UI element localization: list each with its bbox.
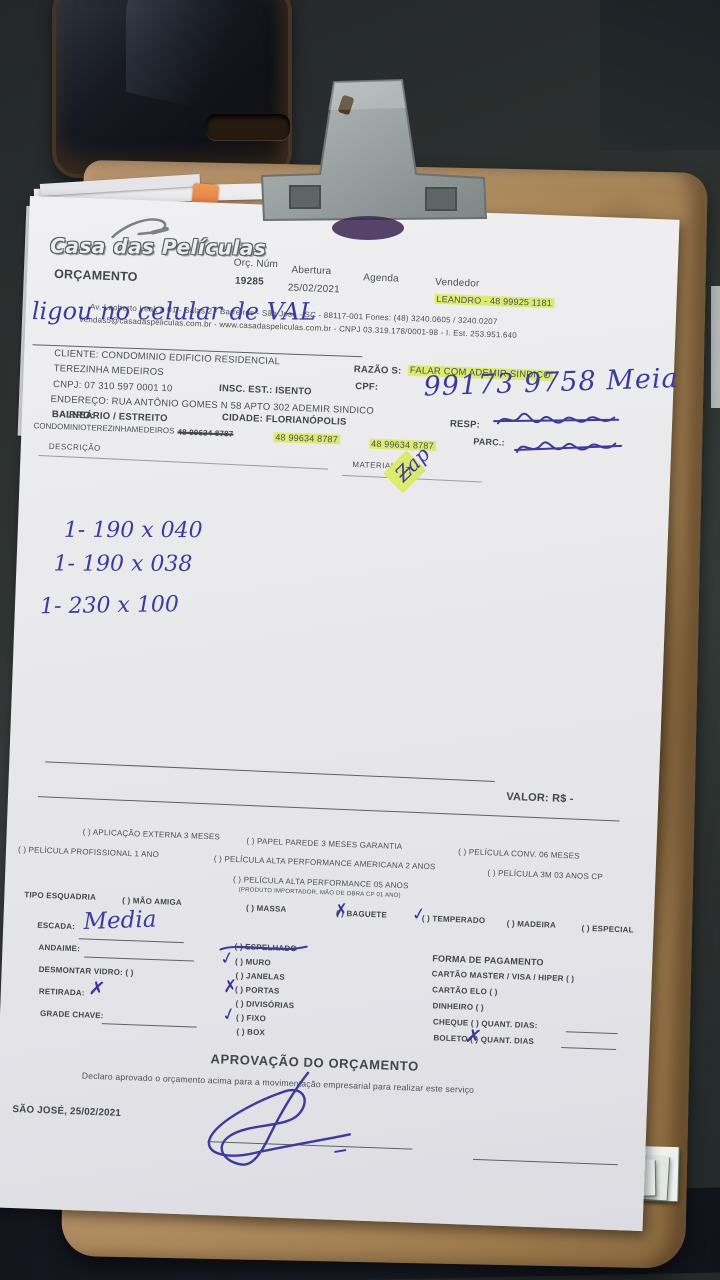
payment-title: FORMA DE PAGAMENTO <box>432 953 544 967</box>
midcol-option: ( ) DIVISÓRIAS <box>235 999 294 1010</box>
esquadria-option: ( ) TEMPERADO <box>422 914 486 925</box>
esquadria-option: ( ) MÃO AMIGA <box>122 896 182 907</box>
warranty-option: ( ) PELÍCULA CONV. 06 MESES <box>458 847 580 860</box>
esquadria-option: ( ) MADEIRA <box>506 919 556 930</box>
vendedor-value: LEANDRO - 48 99925 1181 <box>434 294 554 308</box>
descricao-label: DESCRIÇÃO <box>49 442 101 453</box>
phone-struck: 48 99634 8787 <box>177 428 233 439</box>
razao-label: RAZÃO S: <box>354 364 402 377</box>
baguete-mark: ✗ <box>333 900 349 921</box>
boleto-dias-line <box>561 1047 616 1050</box>
payment-option: CHEQUE ( ) QUANT. DIAS: <box>433 1017 538 1030</box>
wall-shadow <box>600 0 720 150</box>
desmontar-label: DESMONTAR VIDRO: ( ) <box>39 965 134 977</box>
payment-option: CARTÃO MASTER / VISA / HIPER ( ) <box>432 969 575 983</box>
tipo-esquadria-label: TIPO ESQUADRIA <box>24 890 96 902</box>
payment-option: DINHEIRO ( ) <box>432 1001 484 1012</box>
midcol-option: ( ) JANELAS <box>235 971 285 982</box>
valor-label: VALOR: R$ - <box>506 791 574 805</box>
abertura-date: 25/02/2021 <box>288 283 340 296</box>
wall-light-strip <box>711 286 720 408</box>
company-logo: Casa das Películas <box>50 234 266 260</box>
cliente-line2: TEREZINHA MEDEIROS <box>53 363 164 378</box>
esquadria-option: ( ) MASSA <box>246 903 287 913</box>
agenda-label: Agenda <box>363 272 399 284</box>
orc-num-label: Orç. Núm <box>233 258 278 271</box>
scribble-crossed-out <box>511 428 627 466</box>
escada-handwritten: Media <box>83 907 157 935</box>
payment-option: CARTÃO ELO ( ) <box>432 985 498 996</box>
measure-1: 1- 190 x 040 <box>64 518 203 543</box>
cpf-label: CPF: <box>355 381 378 393</box>
temperado-mark: ✓ <box>411 904 428 926</box>
second-signature-line <box>473 1159 618 1165</box>
andaime-line <box>84 956 194 961</box>
payment-option: BOLETO ( ) QUANT. DIAS <box>433 1033 534 1046</box>
handwritten-zap: Zap → <box>383 450 426 493</box>
form-title: ORÇAMENTO <box>54 267 138 284</box>
descricao-line <box>38 455 328 470</box>
andaime-label: ANDAIME: <box>38 943 80 954</box>
retirada-mark: ✗ <box>88 977 107 1001</box>
total-line-top <box>45 761 495 782</box>
escada-line <box>79 938 184 943</box>
midcol-option: ( ) FIXO <box>236 1013 266 1023</box>
midcol-option: ( ) PORTAS <box>235 985 280 996</box>
city-date: SÃO JOSÉ, 25/02/2021 <box>12 1104 121 1119</box>
phone-highlight-1: 48 99634 8787 <box>273 432 340 444</box>
insc-line: INSC. EST.: ISENTO <box>219 383 312 397</box>
parc-label: PARC.: <box>473 436 505 447</box>
cnpj-line: CNPJ: 07 310 597 0001 10 <box>53 379 173 394</box>
phone-screen-glare <box>126 0 276 110</box>
measure-2: 1- 190 x 038 <box>54 552 193 577</box>
esquadria-option: ( ) ESPECIAL <box>581 924 633 935</box>
retirada-label: RETIRADA: <box>39 987 85 998</box>
midcol-option: ( ) BOX <box>236 1027 265 1037</box>
boleto-mark: ✗ <box>464 1025 484 1049</box>
warranty-option: ( ) PELÍCULA PROFISSIONAL 1 ANO <box>18 845 159 859</box>
escada-label: ESCADA: <box>37 921 75 931</box>
vendedor-label: Vendedor <box>435 277 480 290</box>
warranty-option: ( ) PAPEL PAREDE 3 MESES GARANTIA <box>246 836 402 851</box>
handwritten-note: ligou no celular de VAL <box>32 297 316 325</box>
clipboard-clip <box>256 78 492 246</box>
warranty-option: ( ) PELÍCULA ALTA PERFORMANCE AMERICANA … <box>214 854 436 871</box>
signature <box>184 1062 388 1179</box>
grade-chave-label: GRADE CHAVE: <box>40 1009 104 1020</box>
orcamento-form: Casa das Películas ORÇAMENTO Orç. Núm 19… <box>0 196 680 1231</box>
orc-num-value: 19285 <box>235 276 264 288</box>
cheque-dias-line <box>566 1031 618 1034</box>
portas-mark: ✗ <box>222 976 238 997</box>
measure-3: 1- 230 x 100 <box>40 592 179 619</box>
warranty-option: ( ) APLICAÇÃO EXTERNA 3 MESES <box>83 827 221 841</box>
resp-label: RESP: <box>450 419 480 431</box>
warranty-option: ( ) PELÍCULA 3M 03 ANOS CP <box>487 868 603 881</box>
grade-chave-line <box>102 1023 197 1027</box>
abertura-label: Abertura <box>291 265 331 277</box>
midcol-option: ( ) MURO <box>235 957 271 967</box>
photo-scene: Casa das Películas ORÇAMENTO Orç. Núm 19… <box>0 0 720 1280</box>
